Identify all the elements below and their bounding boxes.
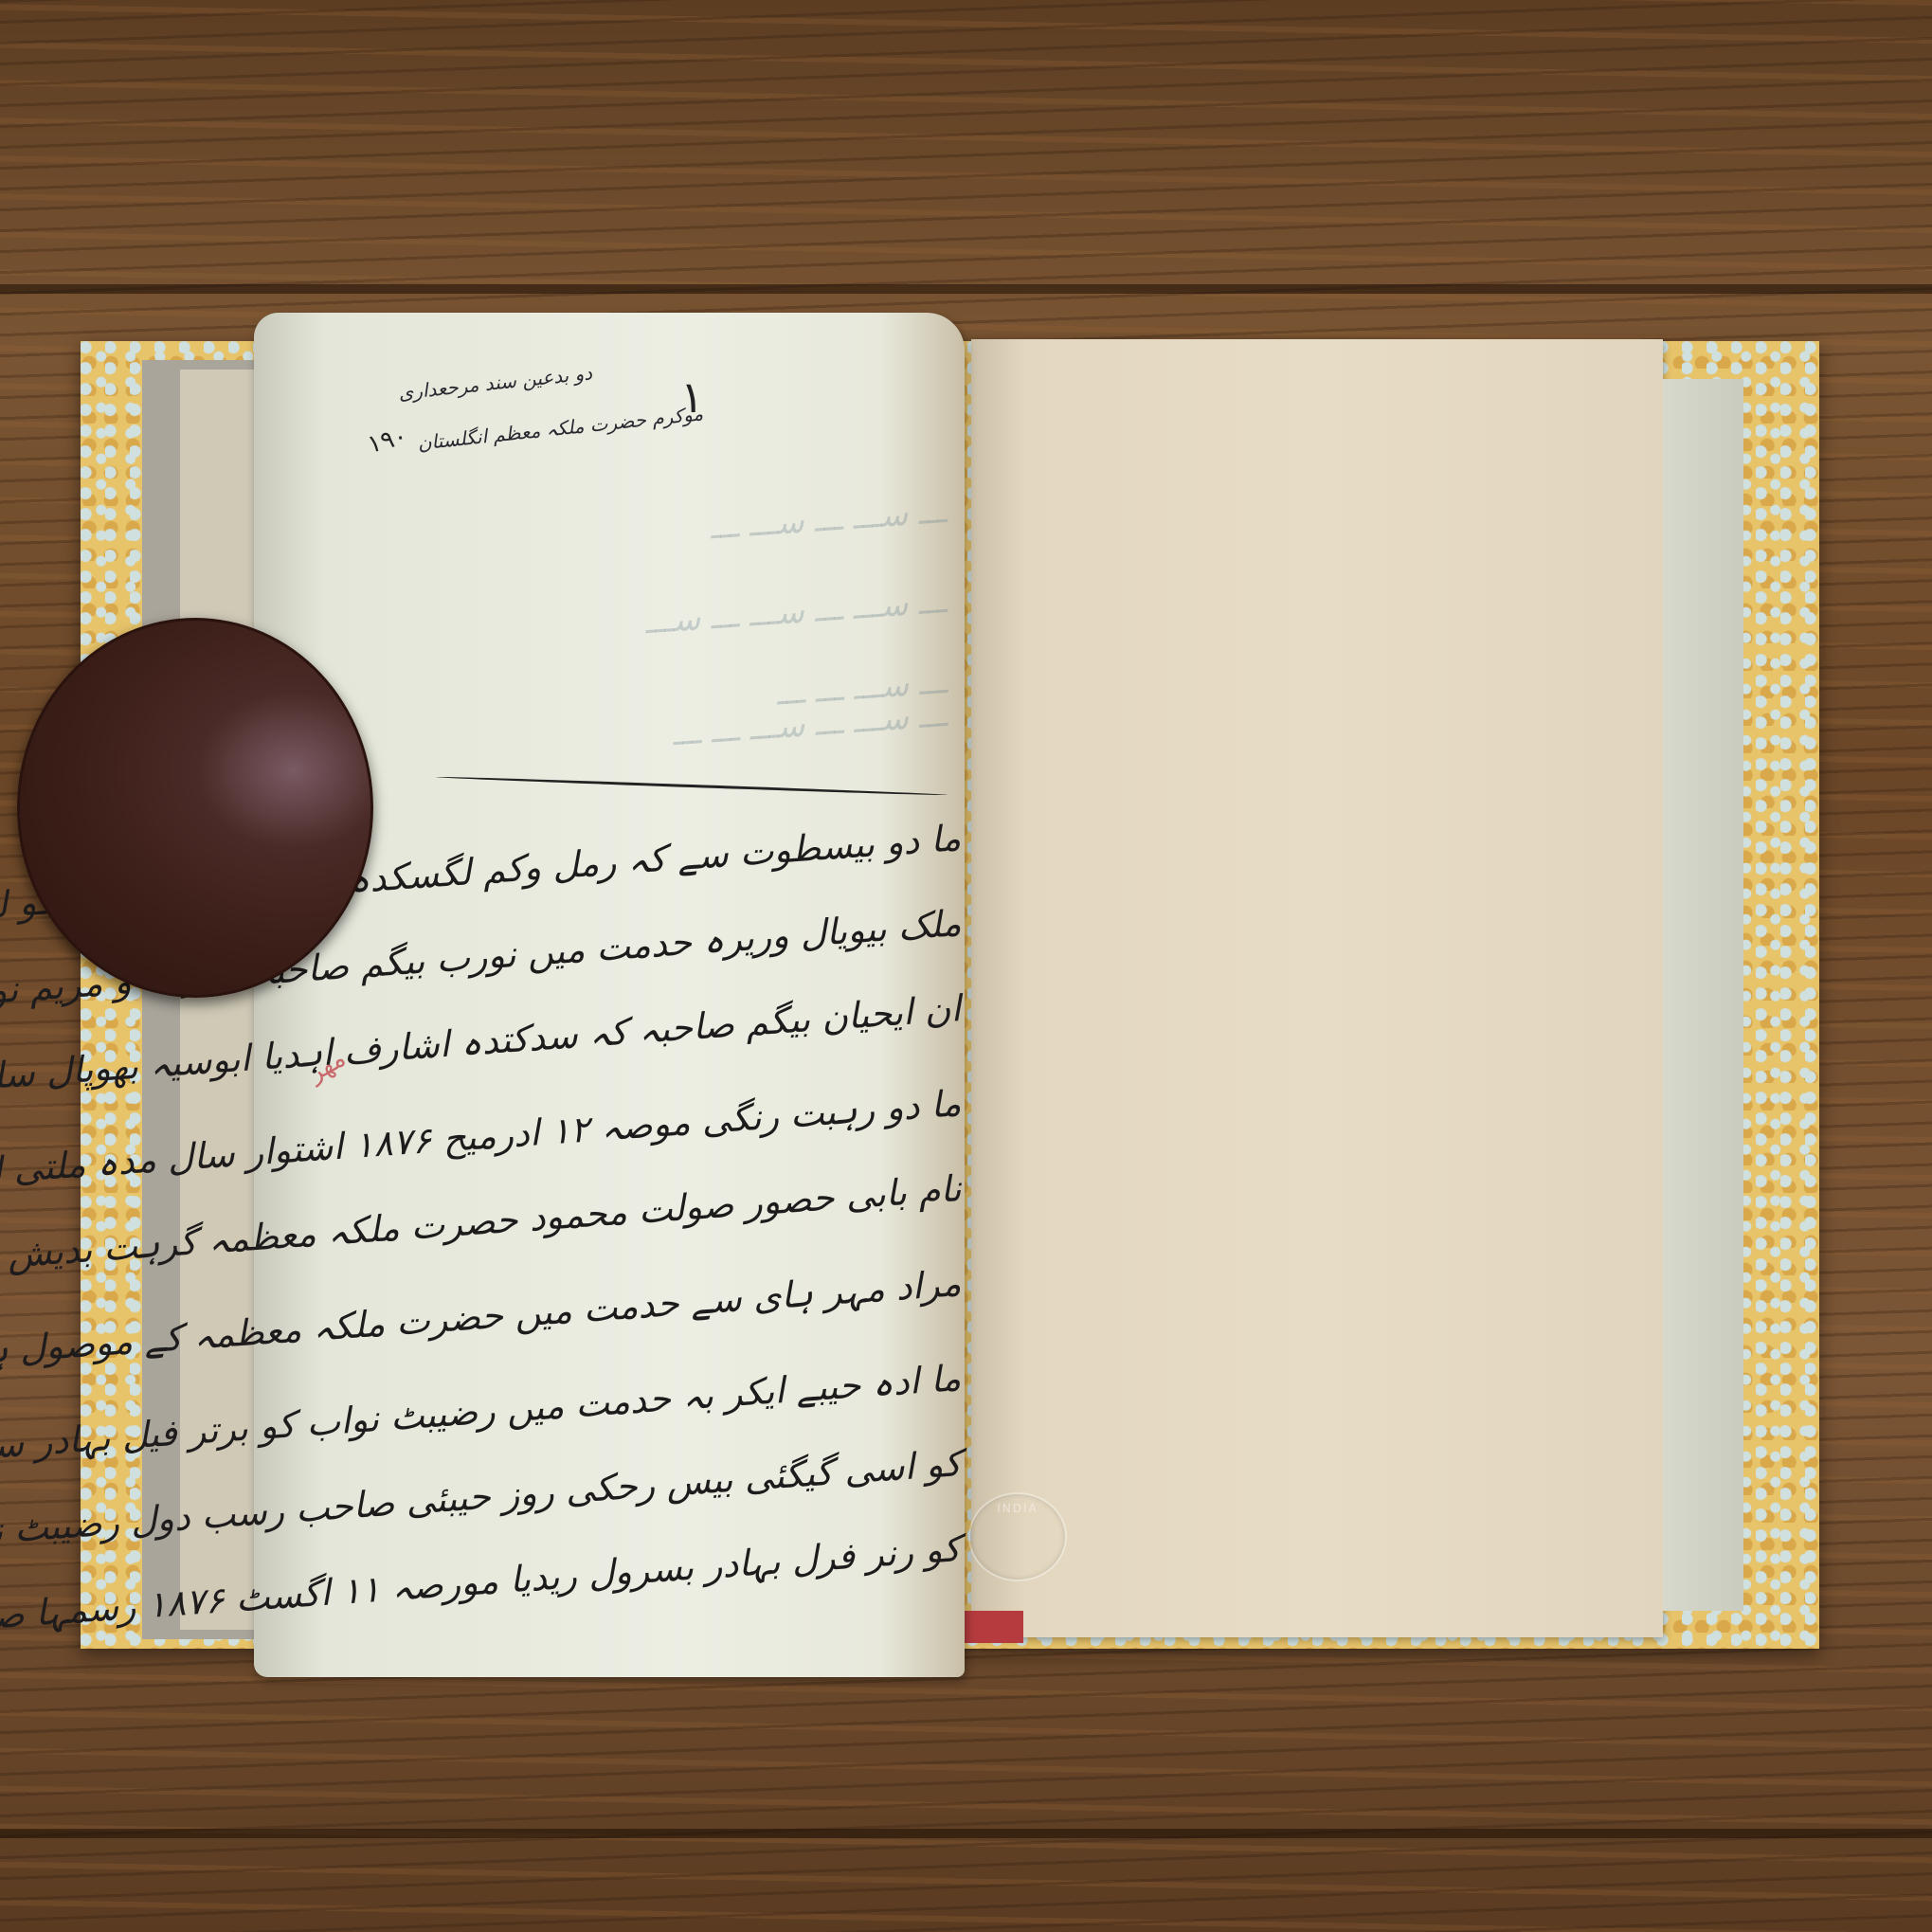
right-page-stack [1663,379,1743,1611]
embossed-stamp: INDIA [968,1492,1067,1581]
red-spine-edge [957,1611,1023,1643]
leather-pouch [17,618,373,998]
plank-seam [0,284,1932,294]
right-page: INDIA [971,339,1663,1637]
plank-seam [0,1829,1932,1838]
stamp-text: INDIA [970,1502,1065,1515]
